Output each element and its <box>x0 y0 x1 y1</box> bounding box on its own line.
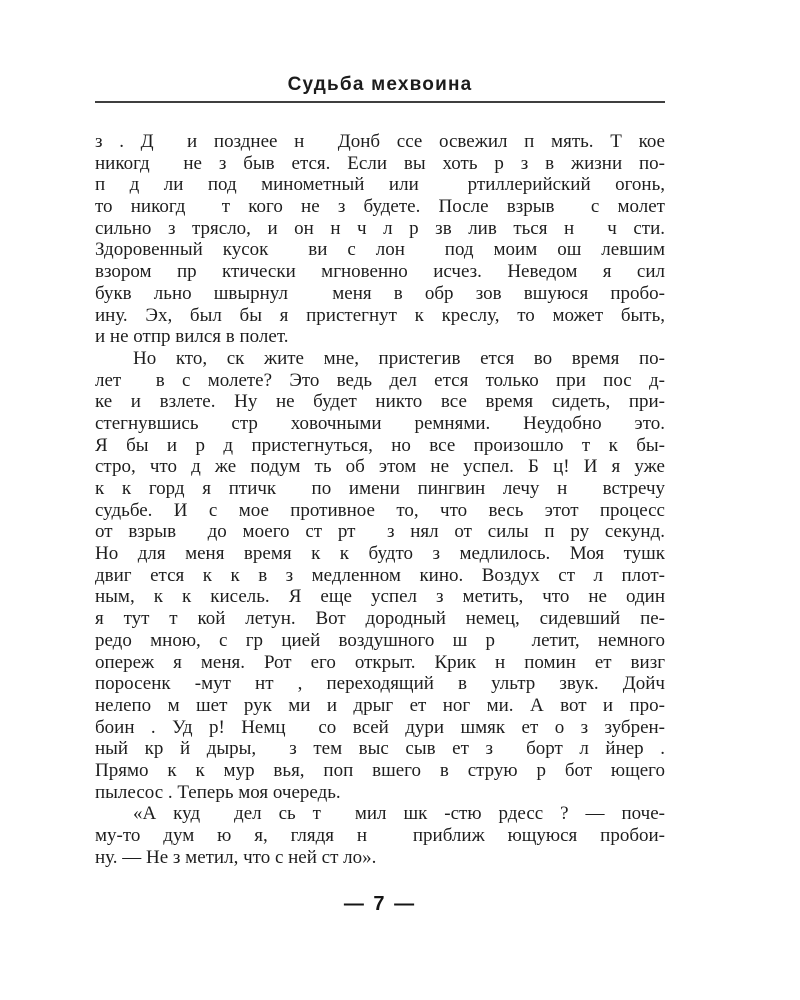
text-line: п д ли под минометный или ртиллерийский … <box>95 174 665 196</box>
text-line: му-то дум ю я, глядя н приближ ющуюся пр… <box>95 825 665 847</box>
text-line: к к горд я птичк по имени пингвин лечу н… <box>95 478 665 500</box>
text-line: пылесос . Теперь моя очередь. <box>95 782 665 804</box>
text-line: судьбе. И с мое противное то, что весь э… <box>95 500 665 522</box>
text-line: редо мною, с гр цией воздушного ш р лети… <box>95 630 665 652</box>
text-line: боин . Уд р! Немц со всей дури шмяк ет о… <box>95 717 665 739</box>
page-text: з . Д и позднее н Донб ссе освежил п мят… <box>95 131 665 868</box>
text-line: Прямо к к мур вья, поп вшего в струю р б… <box>95 760 665 782</box>
text-line: ину. Эх, был бы я пристегнут к креслу, т… <box>95 305 665 327</box>
text-line: Я бы и р д пристегнуться, но все произош… <box>95 435 665 457</box>
text-line: ну. — Не з метил, что с ней ст ло». <box>95 847 665 869</box>
text-line: нелепо м шет рук ми и дрыг ет ног ми. А … <box>95 695 665 717</box>
text-line: букв льно швырнул меня в обр зов вшуюся … <box>95 283 665 305</box>
page-number: — 7 — <box>95 893 665 916</box>
text-line: опереж я меня. Рот его открыт. Крик н по… <box>95 652 665 674</box>
text-line: лет в с молете? Это ведь дел ется только… <box>95 370 665 392</box>
text-line: Но для меня время к к будто з медлилось.… <box>95 543 665 565</box>
text-line: Здоровенный кусок ви с лон под моим ош л… <box>95 239 665 261</box>
text-line: взором пр ктически мгновенно исчез. Неве… <box>95 261 665 283</box>
text-line: от взрыв до моего ст рт з нял от силы п … <box>95 521 665 543</box>
text-line: ный кр й дыры, з тем выс сыв ет з борт л… <box>95 738 665 760</box>
text-line: Но кто, ск жите мне, пристегив ется во в… <box>95 348 665 370</box>
chapter-title: Судьба мехвоина <box>95 74 665 96</box>
text-line: я тут т кой летун. Вот дородный немец, с… <box>95 608 665 630</box>
text-line: стегнувшись стр ховочными ремнями. Неудо… <box>95 413 665 435</box>
text-line: двиг ется к к в з медленном кино. Воздух… <box>95 565 665 587</box>
text-line: стро, что д же подум ть об этом не успел… <box>95 456 665 478</box>
text-line: и не отпр вился в полет. <box>95 326 665 348</box>
text-line: поросенк -мут нт , переходящий в ультр з… <box>95 673 665 695</box>
text-line: «А куд дел сь т мил шк -стю рдесс ? — по… <box>95 803 665 825</box>
text-line: то никогд т кого не з будете. После взры… <box>95 196 665 218</box>
header-rule <box>95 101 665 103</box>
book-page: Судьба мехвоина з . Д и позднее н Донб с… <box>0 0 800 1000</box>
text-line: ным, к к кисель. Я еще успел з метить, ч… <box>95 586 665 608</box>
running-header: Судьба мехвоина <box>95 74 665 96</box>
text-line: з . Д и позднее н Донб ссе освежил п мят… <box>95 131 665 153</box>
text-line: никогд не з быв ется. Если вы хоть р з в… <box>95 153 665 175</box>
text-line: сильно з трясло, и он н ч л р зв лив тьс… <box>95 218 665 240</box>
text-line: ке и взлете. Ну не будет никто все время… <box>95 391 665 413</box>
